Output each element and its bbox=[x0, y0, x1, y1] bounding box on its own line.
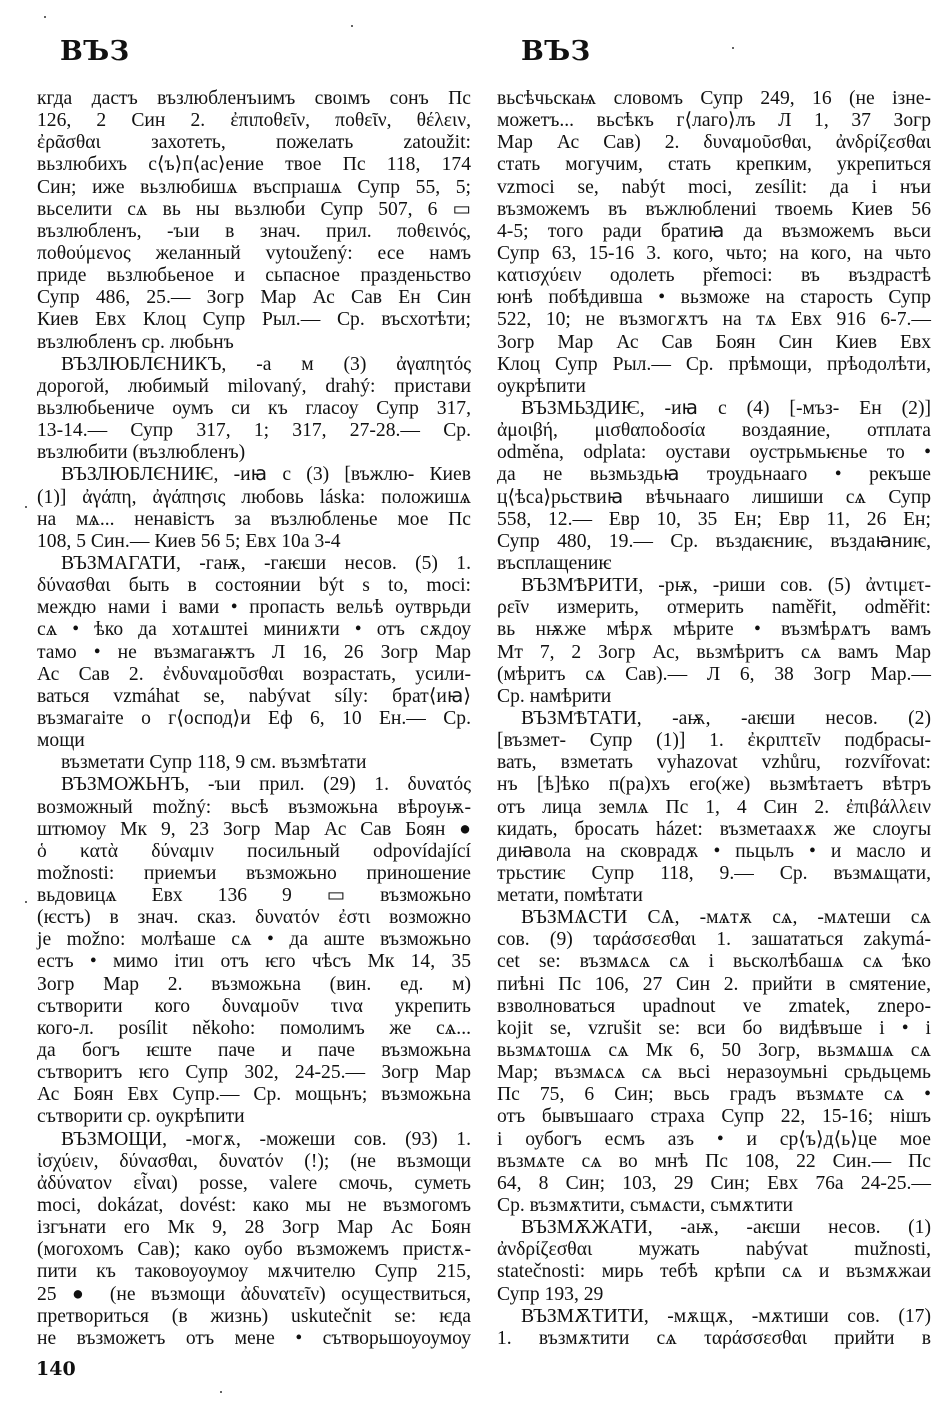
text-line: приде вьзлюбьеное и сьпасное празденьств… bbox=[37, 265, 471, 287]
text-line: отъ лица землѧ Пс 1, 4 Син 2. ἐπιβάλλειν bbox=[497, 797, 931, 819]
text-line: Супр 480, 19.— Ср. въздаѥниѥ, въздаꙗниѥ, bbox=[497, 531, 931, 553]
text-line: пиѣні Пс 106, 27 Син 2. прийти в смятени… bbox=[497, 974, 931, 996]
text-line: кидать, бросать házet: възметаахѫ же сло… bbox=[497, 819, 931, 841]
scan-speck bbox=[732, 47, 734, 49]
text-line: Зогр Мар Ас Сав Боян Син Киев Евх bbox=[497, 332, 931, 354]
text-line: Син; иже вьзлюбишѧ въспрıашѧ Супр 55, 5; bbox=[37, 177, 471, 199]
text-line: ваться vzmáhat se, nabývat síly: брат⟨иꙗ… bbox=[37, 686, 471, 708]
entry-headline: ВЪЗЛЮБЛЄНИѤ, -иꙗ с (3) [въжлю- Киев bbox=[37, 464, 471, 486]
text-line: δύνασθαι быть в состоянии být s to, moci… bbox=[37, 575, 471, 597]
text-line: да не вьзмьздьꙗ троудьнааго • рекъше bbox=[497, 464, 931, 486]
text-line: вьзлюбьениче оумъ си къ гласоу Супр 317, bbox=[37, 398, 471, 420]
entry-headline: ВЪЗЛЮБЛЄНИКЪ, -а м (3) ἀγαπητός bbox=[37, 354, 471, 376]
text-line: диꙗвола на сковрадѫ • пьцьлъ • и масло и bbox=[497, 841, 931, 863]
text-line: вьдовицѧ Евх 136 9 ▭ възможьно bbox=[37, 885, 471, 907]
text-line: вь нѭже мѣрѫ мѣрите • възмѣрѧтъ вамъ bbox=[497, 619, 931, 641]
text-line: кого-л. posílit někoho: помолимъ же сѧ..… bbox=[37, 1018, 471, 1040]
text-line: ἀνδρίζεσθαι мужать nabývat mužnosti, bbox=[497, 1239, 931, 1261]
text-line: междю нами і вами • пропасть вельѣ оутвр… bbox=[37, 597, 471, 619]
text-line: Ср. намѣрити bbox=[497, 686, 931, 708]
dictionary-page: ВЪЗ ВЪЗ кгда дастъ възлюбленъıимъ своıмъ… bbox=[0, 0, 950, 1414]
text-line: взволноваться upadnout ve zmatek, znepo- bbox=[497, 996, 931, 1018]
text-line: можетъ... вьсѣкъ г⟨лаго⟩лъ Л 1, 37 Зогр bbox=[497, 110, 931, 132]
text-line: възлюбленъ, -ъıи в знач. прил. ποθεινός, bbox=[37, 221, 471, 243]
text-line: възлюбити (възлюбленъ) bbox=[37, 442, 471, 464]
running-head-left: ВЪЗ bbox=[60, 36, 130, 67]
entry-headline: ВЪЗМѪТИТИ, -мѫщѫ, -мѫтиши сов. (17) bbox=[497, 1306, 931, 1328]
entry-headline: ВЪЗМОЩИ, -могѫ, -можеши сов. (93) 1. bbox=[37, 1129, 471, 1151]
text-line: сътворитъ ѥго Супр 302, 24-25.— Зогр Мар bbox=[37, 1062, 471, 1084]
text-line: кгда дастъ възлюбленъıимъ своıмъ сонъ Пс bbox=[37, 88, 471, 110]
text-line: ц⟨ѣса⟩рьствиꙗ вѣчьнааго лишиши сѧ Супр bbox=[497, 487, 931, 509]
text-line: вьселити сѧ вь ны вьзлюби Супр 507, 6 ▭ bbox=[37, 199, 471, 221]
text-line: ἰσχύειν, δύνασθαι, δυνατόν (!); (не възм… bbox=[37, 1151, 471, 1173]
left-column: кгда дастъ възлюбленъıимъ своıмъ сонъ Пс… bbox=[37, 88, 471, 1350]
text-line: Киев Евх Клоц Супр Рыл.— Ср. въсхотѣти; bbox=[37, 309, 471, 331]
text-line: 25 ● (не възмощи ἀδυνατεῖν) осуществитьс… bbox=[37, 1284, 471, 1306]
text-line: ізгънати его Мк 9, 28 Зогр Мар Ас Боян bbox=[37, 1217, 471, 1239]
text-line: vzmoci se, nabýt moci, zesílit: да і нъи bbox=[497, 177, 931, 199]
text-line: претвориться (в жизнь) uskutečnit se: ѥд… bbox=[37, 1306, 471, 1328]
text-line: (могохомъ Сав); како оубо възможемъ прис… bbox=[37, 1239, 471, 1261]
right-column: вьсѣчьскаѩ словомъ Супр 249, 16 (не ізне… bbox=[497, 88, 931, 1350]
text-line: moci, dokázat, dovést: како мы не възмог… bbox=[37, 1195, 471, 1217]
text-line: [възмет- Супр (1)] 1. ἐκριπτεῖν подбрасы… bbox=[497, 730, 931, 752]
text-line: пити къ таковоуоумоу мѫчителю Супр 215, bbox=[37, 1261, 471, 1283]
text-line: Клоц Супр Рыл.— Ср. прѣмощи, прѣодолѣти, bbox=[497, 354, 931, 376]
text-line: možnosti: приемъи възможьно приношение bbox=[37, 863, 471, 885]
text-line: вать, взметать vyhazovat vzhůru, rozvířo… bbox=[497, 752, 931, 774]
running-head-right: ВЪЗ bbox=[521, 36, 591, 67]
text-line: вьсѣчьскаѩ словомъ Супр 249, 16 (не ізне… bbox=[497, 88, 931, 110]
text-line: въсплащениѥ bbox=[497, 553, 931, 575]
text-line: мощи bbox=[37, 730, 471, 752]
text-line: ὁ κατὰ δύναμιν посильный odpovídající bbox=[37, 841, 471, 863]
text-line: ἀμοιβή, μισθαποδοσία воздаяние, отплата bbox=[497, 420, 931, 442]
entry-headline: ВЪЗМАГАТИ, -гаѭ, -гаѥши несов. (5) 1. bbox=[37, 553, 471, 575]
text-line: Ас Сав 2. ἐνδυναμοῦσθαι возрастать, усил… bbox=[37, 664, 471, 686]
text-line: і оубогъ есмъ азъ • и ср⟨ъ⟩д⟨ь⟩це мое bbox=[497, 1129, 931, 1151]
text-line: cet se: възмѧсѧ сѧ і вьсколѣбашѧ сѧ ѣко bbox=[497, 951, 931, 973]
text-line: 558, 12.— Евр 10, 35 Ен; Евр 11, 26 Ен; bbox=[497, 509, 931, 531]
entry-headline: възметати Супр 118, 9 см. възмѣтати bbox=[37, 752, 471, 774]
entry-headline: ВЪЗМѪЖАТИ, -аѭ, -аѥши несов. (1) bbox=[497, 1217, 931, 1239]
text-line: Пс 75, 6 Син; вьсь градъ възмѧте сѧ • bbox=[497, 1084, 931, 1106]
text-line: 522, 10; не възмогѫтъ на тѧ Евх 916 6-7.… bbox=[497, 309, 931, 331]
text-line: ἀδύνατον εἶναι) posse, valere смочь, сум… bbox=[37, 1173, 471, 1195]
text-line: 1. възмѫтити сѧ ταράσσεσθαι прийти в bbox=[497, 1328, 931, 1350]
text-line: 108, 5 Син.— Киев 56 5; Евх 10а 3-4 bbox=[37, 531, 471, 553]
text-line: вьзмѧтошѧ сѧ Мк 6, 50 Зогр, вьзмѧшѧ сѧ bbox=[497, 1040, 931, 1062]
text-line: естъ • мимо ітиı отъ ѥго чѣсъ Мк 14, 35 bbox=[37, 951, 471, 973]
text-line: kojit se, vzrušit se: вси бо видѣвъше і … bbox=[497, 1018, 931, 1040]
text-line: Супр 63, 15-16 3. кого, чьто; на кого, н… bbox=[497, 243, 931, 265]
text-line: ποθούμενος желанный vytoužený: есе намъ bbox=[37, 243, 471, 265]
text-line: сов. (9) ταράσσεσθαι 1. зашататься zakym… bbox=[497, 929, 931, 951]
entry-headline: ВЪЗМЬЗДИѤ, -иꙗ с (4) [-мъз- Ен (2)] bbox=[497, 398, 931, 420]
scan-speck bbox=[25, 506, 27, 508]
entry-headline: ВЪЗМОЖЬНЪ, -ъıи прил. (29) 1. δυνατός bbox=[37, 774, 471, 796]
text-line: да богъ ѥште паче и паче възможьна bbox=[37, 1040, 471, 1062]
scan-speck bbox=[220, 1391, 222, 1393]
text-line: сътворити кого δυναμοῦν τινα укрепить bbox=[37, 996, 471, 1018]
text-line: (ѥстъ) в знач. сказ. δυνατόν ἐστι возмож… bbox=[37, 907, 471, 929]
text-line: ἐρᾶσθαι захотеть, пожелать zatoužit: bbox=[37, 132, 471, 154]
text-line: Супр 486, 25.— Зогр Мар Ас Сав Ен Син bbox=[37, 287, 471, 309]
text-line: възможемъ въ въжлюблениі твоемь Киев 56 bbox=[497, 199, 931, 221]
scan-speck bbox=[25, 901, 27, 903]
text-line: 4-5; того ради братиꙗ да възможемъ вьси bbox=[497, 221, 931, 243]
text-line: на мѧ... ненавістъ за възлюбленье мое Пс bbox=[37, 509, 471, 531]
text-line: Мар; възмѧсѧ сѧ вьсі неразоумьні срьдьце… bbox=[497, 1062, 931, 1084]
text-line: нъ [ѣ]ѣко п(ра)хъ его(же) вьзмѣтаетъ вѣт… bbox=[497, 774, 931, 796]
entry-headline: ВЪЗМѢРИТИ, -рѭ, -риши сов. (5) ἀντιμετ- bbox=[497, 575, 931, 597]
text-line: възмѧте сѧ во мнѣ Пс 108, 22 Син.— Пс bbox=[497, 1151, 931, 1173]
text-line: Ас Боян Евх Супр.— Ср. мощьнъ; възможьна bbox=[37, 1084, 471, 1106]
scan-speck bbox=[44, 16, 46, 18]
text-line: 13-14.— Супр 317, 1; 317, 27-28.— Ср. bbox=[37, 420, 471, 442]
text-line: (мѣритъ сѧ Сав).— Л 6, 38 Зогр Мар.— bbox=[497, 664, 931, 686]
text-line: возможный možný: вьсѣ възможьна вѣроуѭ- bbox=[37, 797, 471, 819]
text-line: възлюбленъ ср. любьнъ bbox=[37, 332, 471, 354]
text-line: je možno: молѣаше сѧ • да аште възможьно bbox=[37, 929, 471, 951]
text-line: сътворити ср. оукрѣпити bbox=[37, 1106, 471, 1128]
text-line: не възможетъ отъ мене • сътворьшоуоумоу bbox=[37, 1328, 471, 1350]
text-line: метати, помѣтати bbox=[497, 885, 931, 907]
text-line: вьзлюбихъ с⟨ъ⟩п⟨ас⟩ение твое Пс 118, 174 bbox=[37, 154, 471, 176]
text-line: Мт 7, 2 Зогр Ас, вьзмѣритъ сѧ вамъ Мар bbox=[497, 642, 931, 664]
page-number: 140 bbox=[36, 1358, 76, 1380]
text-line: Ср. възмѫтити, съмѧсти, съмѫтити bbox=[497, 1195, 931, 1217]
text-line: дорогой, любимый milovaný, drahý: приста… bbox=[37, 376, 471, 398]
text-line: штюмоу Мк 9, 23 Зогр Мар Ас Сав Боян ● bbox=[37, 819, 471, 841]
text-line: Супр 193, 29 bbox=[497, 1284, 931, 1306]
text-line: Зогр Мар 2. възможьна (вин. ед. м) bbox=[37, 974, 471, 996]
text-line: юнѣ побѣдивша • вьзможе на старость Супр bbox=[497, 287, 931, 309]
text-line: κατισχύειν одолеть přemoci: въ въздрастѣ bbox=[497, 265, 931, 287]
text-line: сѧ • ѣко да хотѧштеі миниѫти • отъ сѫдоу bbox=[37, 619, 471, 641]
text-line: трьстиѥ Супр 118, 9.— Ср. възмѧщати, bbox=[497, 863, 931, 885]
text-line: 126, 2 Син 2. ἐπιποθεῖν, ποθεῖν, θέλειν, bbox=[37, 110, 471, 132]
entry-headline: ВЪЗМѢТАТИ, -аѭ, -аѥши несов. (2) bbox=[497, 708, 931, 730]
text-line: (1)] ἀγάπη, ἀγάπησις любовь láska: полож… bbox=[37, 487, 471, 509]
text-line: Мар Ас Сав) 2. δυναμοῦσθαι, ἀνδρίζεσθαι bbox=[497, 132, 931, 154]
scan-speck bbox=[351, 25, 353, 27]
text-line: 64, 8 Син; 103, 29 Син; Евх 76а 24-25.— bbox=[497, 1173, 931, 1195]
text-line: стать могучим, стать крепким, укрепиться bbox=[497, 154, 931, 176]
text-line: възмагаіте о г⟨оспод⟩и Еф 6, 10 Ен.— Ср. bbox=[37, 708, 471, 730]
text-line: оукрѣпити bbox=[497, 376, 931, 398]
text-line: тамо • не възмагаѭтъ Л 16, 26 Зогр Мар bbox=[37, 642, 471, 664]
entry-headline: ВЪЗМѦСТИ СѦ, -мѧтѫ сѧ, -мѧтеши сѧ bbox=[497, 907, 931, 929]
text-line: statečnosti: мирь тебѣ крѣпи сѧ и възмѫж… bbox=[497, 1261, 931, 1283]
text-line: odměna, odplata: оустави оустрьмьѥнье то… bbox=[497, 442, 931, 464]
text-line: отъ бывъшааго страха Супр 22, 15-16; ніш… bbox=[497, 1106, 931, 1128]
text-line: ρεῖν измерить, отмерить naměřit, odměřit… bbox=[497, 597, 931, 619]
